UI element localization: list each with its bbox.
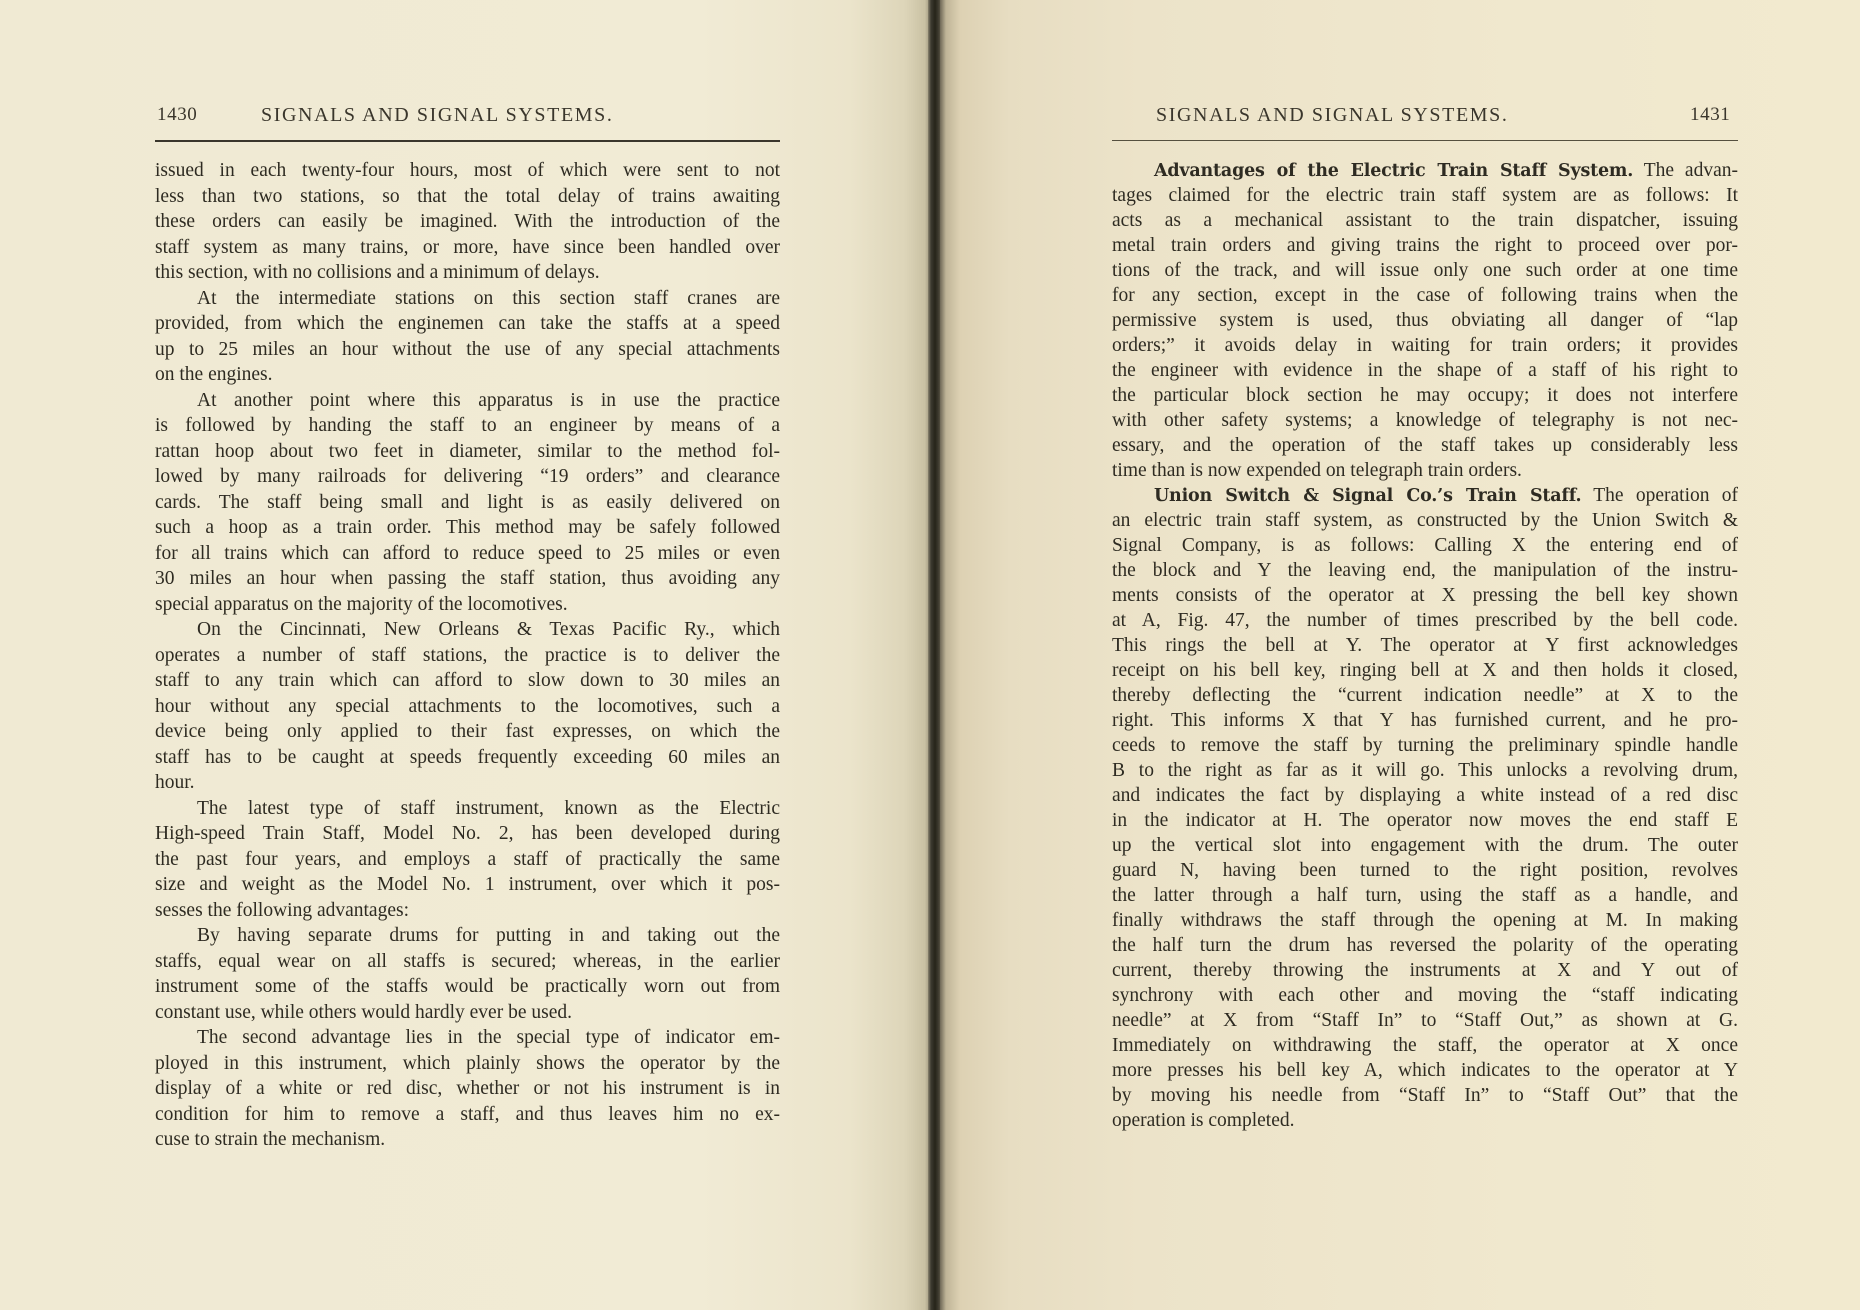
text-line: On the Cincinnati, New Orleans & Texas P… <box>155 617 780 643</box>
text-line: ments consists of the operator at X pres… <box>1112 583 1738 608</box>
text-line: Signal Company, is as follows: Calling X… <box>1112 533 1738 558</box>
text-line: the block and Y the leaving end, the man… <box>1112 558 1738 583</box>
text-line: issued in each twenty-four hours, most o… <box>155 158 780 184</box>
text-line: guard N, having been turned to the right… <box>1112 858 1738 883</box>
text-line: ceeds to remove the staff by turning the… <box>1112 733 1738 758</box>
text-line: hour. <box>155 770 780 796</box>
text-line: cuse to strain the mechanism. <box>155 1127 780 1153</box>
text-line: permissive system is used, thus obviatin… <box>1112 308 1738 333</box>
text-line: orders;” it avoids delay in waiting for … <box>1112 333 1738 358</box>
text-line: staff to any train which can afford to s… <box>155 668 780 694</box>
right-page: SIGNALS AND SIGNAL SYSTEMS. 1431 Advanta… <box>940 0 1860 1310</box>
text-line: device being only applied to their fast … <box>155 719 780 745</box>
left-page-number: 1430 <box>157 104 197 126</box>
text-run: The advan- <box>1633 160 1738 181</box>
text-line: at A, Fig. 47, the number of times presc… <box>1112 608 1738 633</box>
text-line: High-speed Train Staff, Model No. 2, has… <box>155 821 780 847</box>
text-line: staffs, equal wear on all staffs is secu… <box>155 949 780 975</box>
text-line: sesses the following advantages: <box>155 898 780 924</box>
text-line: cards. The staff being small and light i… <box>155 490 780 516</box>
text-line: for all trains which can afford to reduc… <box>155 541 780 567</box>
text-line: provided, from which the enginemen can t… <box>155 311 780 337</box>
text-line: instrument some of the staffs would be p… <box>155 974 780 1000</box>
text-line: metal train orders and giving trains the… <box>1112 233 1738 258</box>
text-line: less than two stations, so that the tota… <box>155 184 780 210</box>
right-running-head: SIGNALS AND SIGNAL SYSTEMS. <box>1156 104 1509 127</box>
text-line: the engineer with evidence in the shape … <box>1112 358 1738 383</box>
text-run: The operation of <box>1581 485 1738 506</box>
text-line: up the vertical slot into engagement wit… <box>1112 833 1738 858</box>
text-line: this section, with no collisions and a m… <box>155 260 780 286</box>
text-line: lowed by many railroads for delivering “… <box>155 464 780 490</box>
text-line: the past four years, and employs a staff… <box>155 847 780 873</box>
text-line: with other safety systems; a knowledge o… <box>1112 408 1738 433</box>
text-line: By having separate drums for putting in … <box>155 923 780 949</box>
right-header-rule <box>1112 140 1738 141</box>
text-line: thereby deflecting the “current indicati… <box>1112 683 1738 708</box>
text-line: tages claimed for the electric train sta… <box>1112 183 1738 208</box>
section-heading: Union Switch & Signal Co.’s Train Staff. <box>1154 486 1581 506</box>
right-page-number: 1431 <box>1690 104 1730 126</box>
text-line: display of a white or red disc, whether … <box>155 1076 780 1102</box>
text-line: the half turn the drum has reversed the … <box>1112 933 1738 958</box>
text-line: on the engines. <box>155 362 780 388</box>
text-line: size and weight as the Model No. 1 instr… <box>155 872 780 898</box>
text-line: B to the right as far as it will go. Thi… <box>1112 758 1738 783</box>
text-line: hour without any special attachments to … <box>155 694 780 720</box>
text-line: rattan hoop about two feet in diameter, … <box>155 439 780 465</box>
text-line: current, thereby throwing the instrument… <box>1112 958 1738 983</box>
left-running-header: 1430 SIGNALS AND SIGNAL SYSTEMS. <box>155 104 780 134</box>
text-line: in the indicator at H. The operator now … <box>1112 808 1738 833</box>
text-line: these orders can easily be imagined. Wit… <box>155 209 780 235</box>
text-line: essary, and the operation of the staff t… <box>1112 433 1738 458</box>
text-line: time than is now expended on telegraph t… <box>1112 458 1738 483</box>
text-line: This rings the bell at Y. The operator a… <box>1112 633 1738 658</box>
text-line: staff has to be caught at speeds frequen… <box>155 745 780 771</box>
text-line: Advantages of the Electric Train Staff S… <box>1112 158 1738 183</box>
left-page: 1430 SIGNALS AND SIGNAL SYSTEMS. issued … <box>0 0 932 1310</box>
text-line: is followed by handing the staff to an e… <box>155 413 780 439</box>
text-line: and indicates the fact by displaying a w… <box>1112 783 1738 808</box>
left-header-rule <box>155 140 780 142</box>
text-line: special apparatus on the majority of the… <box>155 592 780 618</box>
section-heading: Advantages of the Electric Train Staff S… <box>1154 161 1633 181</box>
text-line: constant use, while others would hardly … <box>155 1000 780 1026</box>
text-line: staff system as many trains, or more, ha… <box>155 235 780 261</box>
text-line: an electric train staff system, as const… <box>1112 508 1738 533</box>
text-line: such a hoop as a train order. This metho… <box>155 515 780 541</box>
text-line: operates a number of staff stations, the… <box>155 643 780 669</box>
text-line: Immediately on withdrawing the staff, th… <box>1112 1033 1738 1058</box>
text-line: by moving his needle from “Staff In” to … <box>1112 1083 1738 1108</box>
text-line: needle” at X from “Staff In” to “Staff O… <box>1112 1008 1738 1033</box>
text-line: acts as a mechanical assistant to the tr… <box>1112 208 1738 233</box>
text-line: At the intermediate stations on this sec… <box>155 286 780 312</box>
text-line: tions of the track, and will issue only … <box>1112 258 1738 283</box>
text-line: up to 25 miles an hour without the use o… <box>155 337 780 363</box>
text-line: more presses his bell key A, which indic… <box>1112 1058 1738 1083</box>
text-line: synchrony with each other and moving the… <box>1112 983 1738 1008</box>
text-line: operation is completed. <box>1112 1108 1738 1133</box>
text-line: condition for him to remove a staff, and… <box>155 1102 780 1128</box>
right-body-text: Advantages of the Electric Train Staff S… <box>1112 158 1738 1133</box>
text-line: right. This informs X that Y has furnish… <box>1112 708 1738 733</box>
text-line: The second advantage lies in the special… <box>155 1025 780 1051</box>
text-line: Union Switch & Signal Co.’s Train Staff.… <box>1112 483 1738 508</box>
text-line: for any section, except in the case of f… <box>1112 283 1738 308</box>
text-line: the latter through a half turn, using th… <box>1112 883 1738 908</box>
text-line: ployed in this instrument, which plainly… <box>155 1051 780 1077</box>
left-running-head: SIGNALS AND SIGNAL SYSTEMS. <box>261 104 614 127</box>
left-body-text: issued in each twenty-four hours, most o… <box>155 158 780 1153</box>
text-line: The latest type of staff instrument, kno… <box>155 796 780 822</box>
text-line: 30 miles an hour when passing the staff … <box>155 566 780 592</box>
text-line: At another point where this apparatus is… <box>155 388 780 414</box>
text-line: finally withdraws the staff through the … <box>1112 908 1738 933</box>
right-running-header: SIGNALS AND SIGNAL SYSTEMS. 1431 <box>1112 104 1738 134</box>
text-line: receipt on his bell key, ringing bell at… <box>1112 658 1738 683</box>
text-line: the particular block section he may occu… <box>1112 383 1738 408</box>
